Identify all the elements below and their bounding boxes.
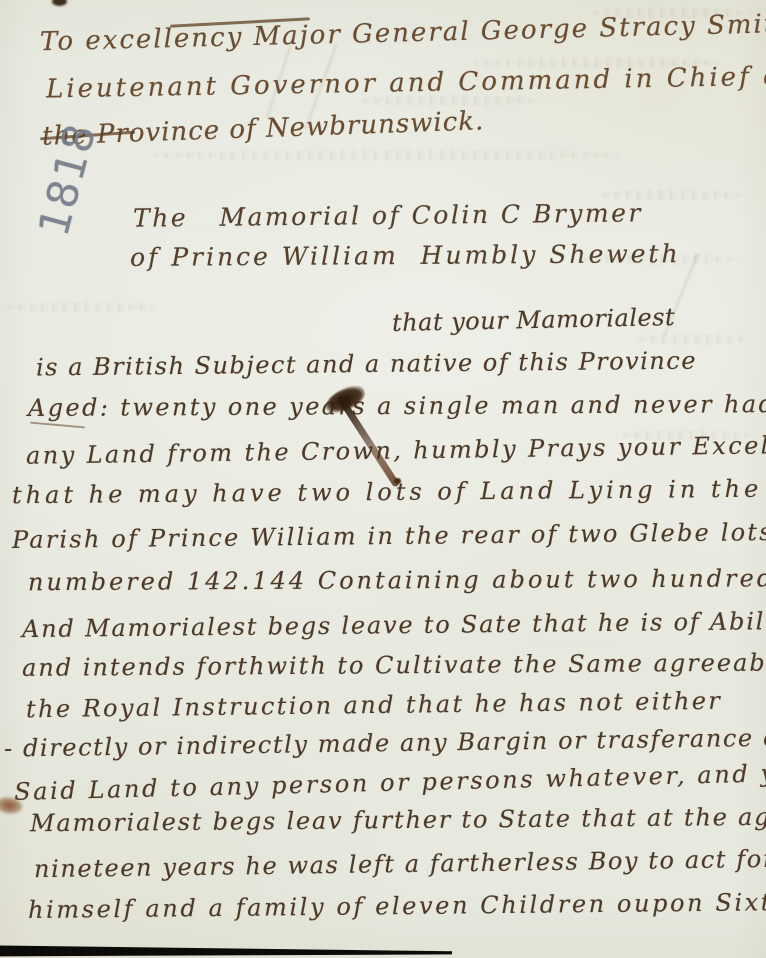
show-through-mark bbox=[4, 302, 154, 312]
title-line: of Prince William Humbly Sheweth bbox=[130, 241, 681, 270]
body-line: Mamorialest begs leav further to State t… bbox=[30, 805, 766, 836]
stain bbox=[52, 0, 67, 6]
address-line: To excellency Major General George Strac… bbox=[40, 11, 766, 55]
body-line: that he may have two lots of Land Lying … bbox=[12, 477, 762, 508]
address-line: the Province of Newbrunswick. bbox=[42, 108, 485, 149]
address-line: Lieutenant Governor and Command in Chief… bbox=[46, 63, 766, 102]
body-line: Aged: twenty one years a single man and … bbox=[28, 392, 766, 420]
body-opening-line: that your Mamorialest bbox=[392, 305, 676, 335]
body-line: Said Land to any person or persons whate… bbox=[14, 760, 766, 804]
body-line: numbered 142.144 Containing about two hu… bbox=[28, 566, 766, 594]
body-line: - directly or indirectly made any Bargin… bbox=[4, 726, 766, 761]
title-line: The Mamorial of Colin C Brymer bbox=[133, 200, 643, 230]
body-line: himself and a family of eleven Children … bbox=[28, 890, 766, 922]
body-line: and intends forthwith to Cultivate the S… bbox=[22, 650, 766, 680]
body-line: any Land from the Crown, humbly Prays yo… bbox=[26, 432, 766, 467]
document-page: To excellency Major General George Strac… bbox=[0, 0, 766, 958]
scan-edge-artifact bbox=[0, 944, 452, 957]
show-through-mark bbox=[636, 334, 751, 344]
ink-blot bbox=[394, 478, 401, 484]
show-through-mark bbox=[150, 150, 620, 160]
body-line: Parish of Prince William in the rear of … bbox=[12, 520, 766, 552]
pen-flourish bbox=[30, 422, 85, 429]
paper-crease bbox=[0, 646, 766, 648]
body-line: nineteen years he was left a fartherless… bbox=[34, 847, 766, 881]
body-line: is a British Subject and a native of thi… bbox=[36, 349, 697, 380]
pencil-annotation: 1818 bbox=[29, 117, 106, 241]
body-line: the Royal Instruction and that he has no… bbox=[26, 689, 722, 722]
body-line: And Mamorialest begs leave to Sate that … bbox=[22, 609, 766, 641]
